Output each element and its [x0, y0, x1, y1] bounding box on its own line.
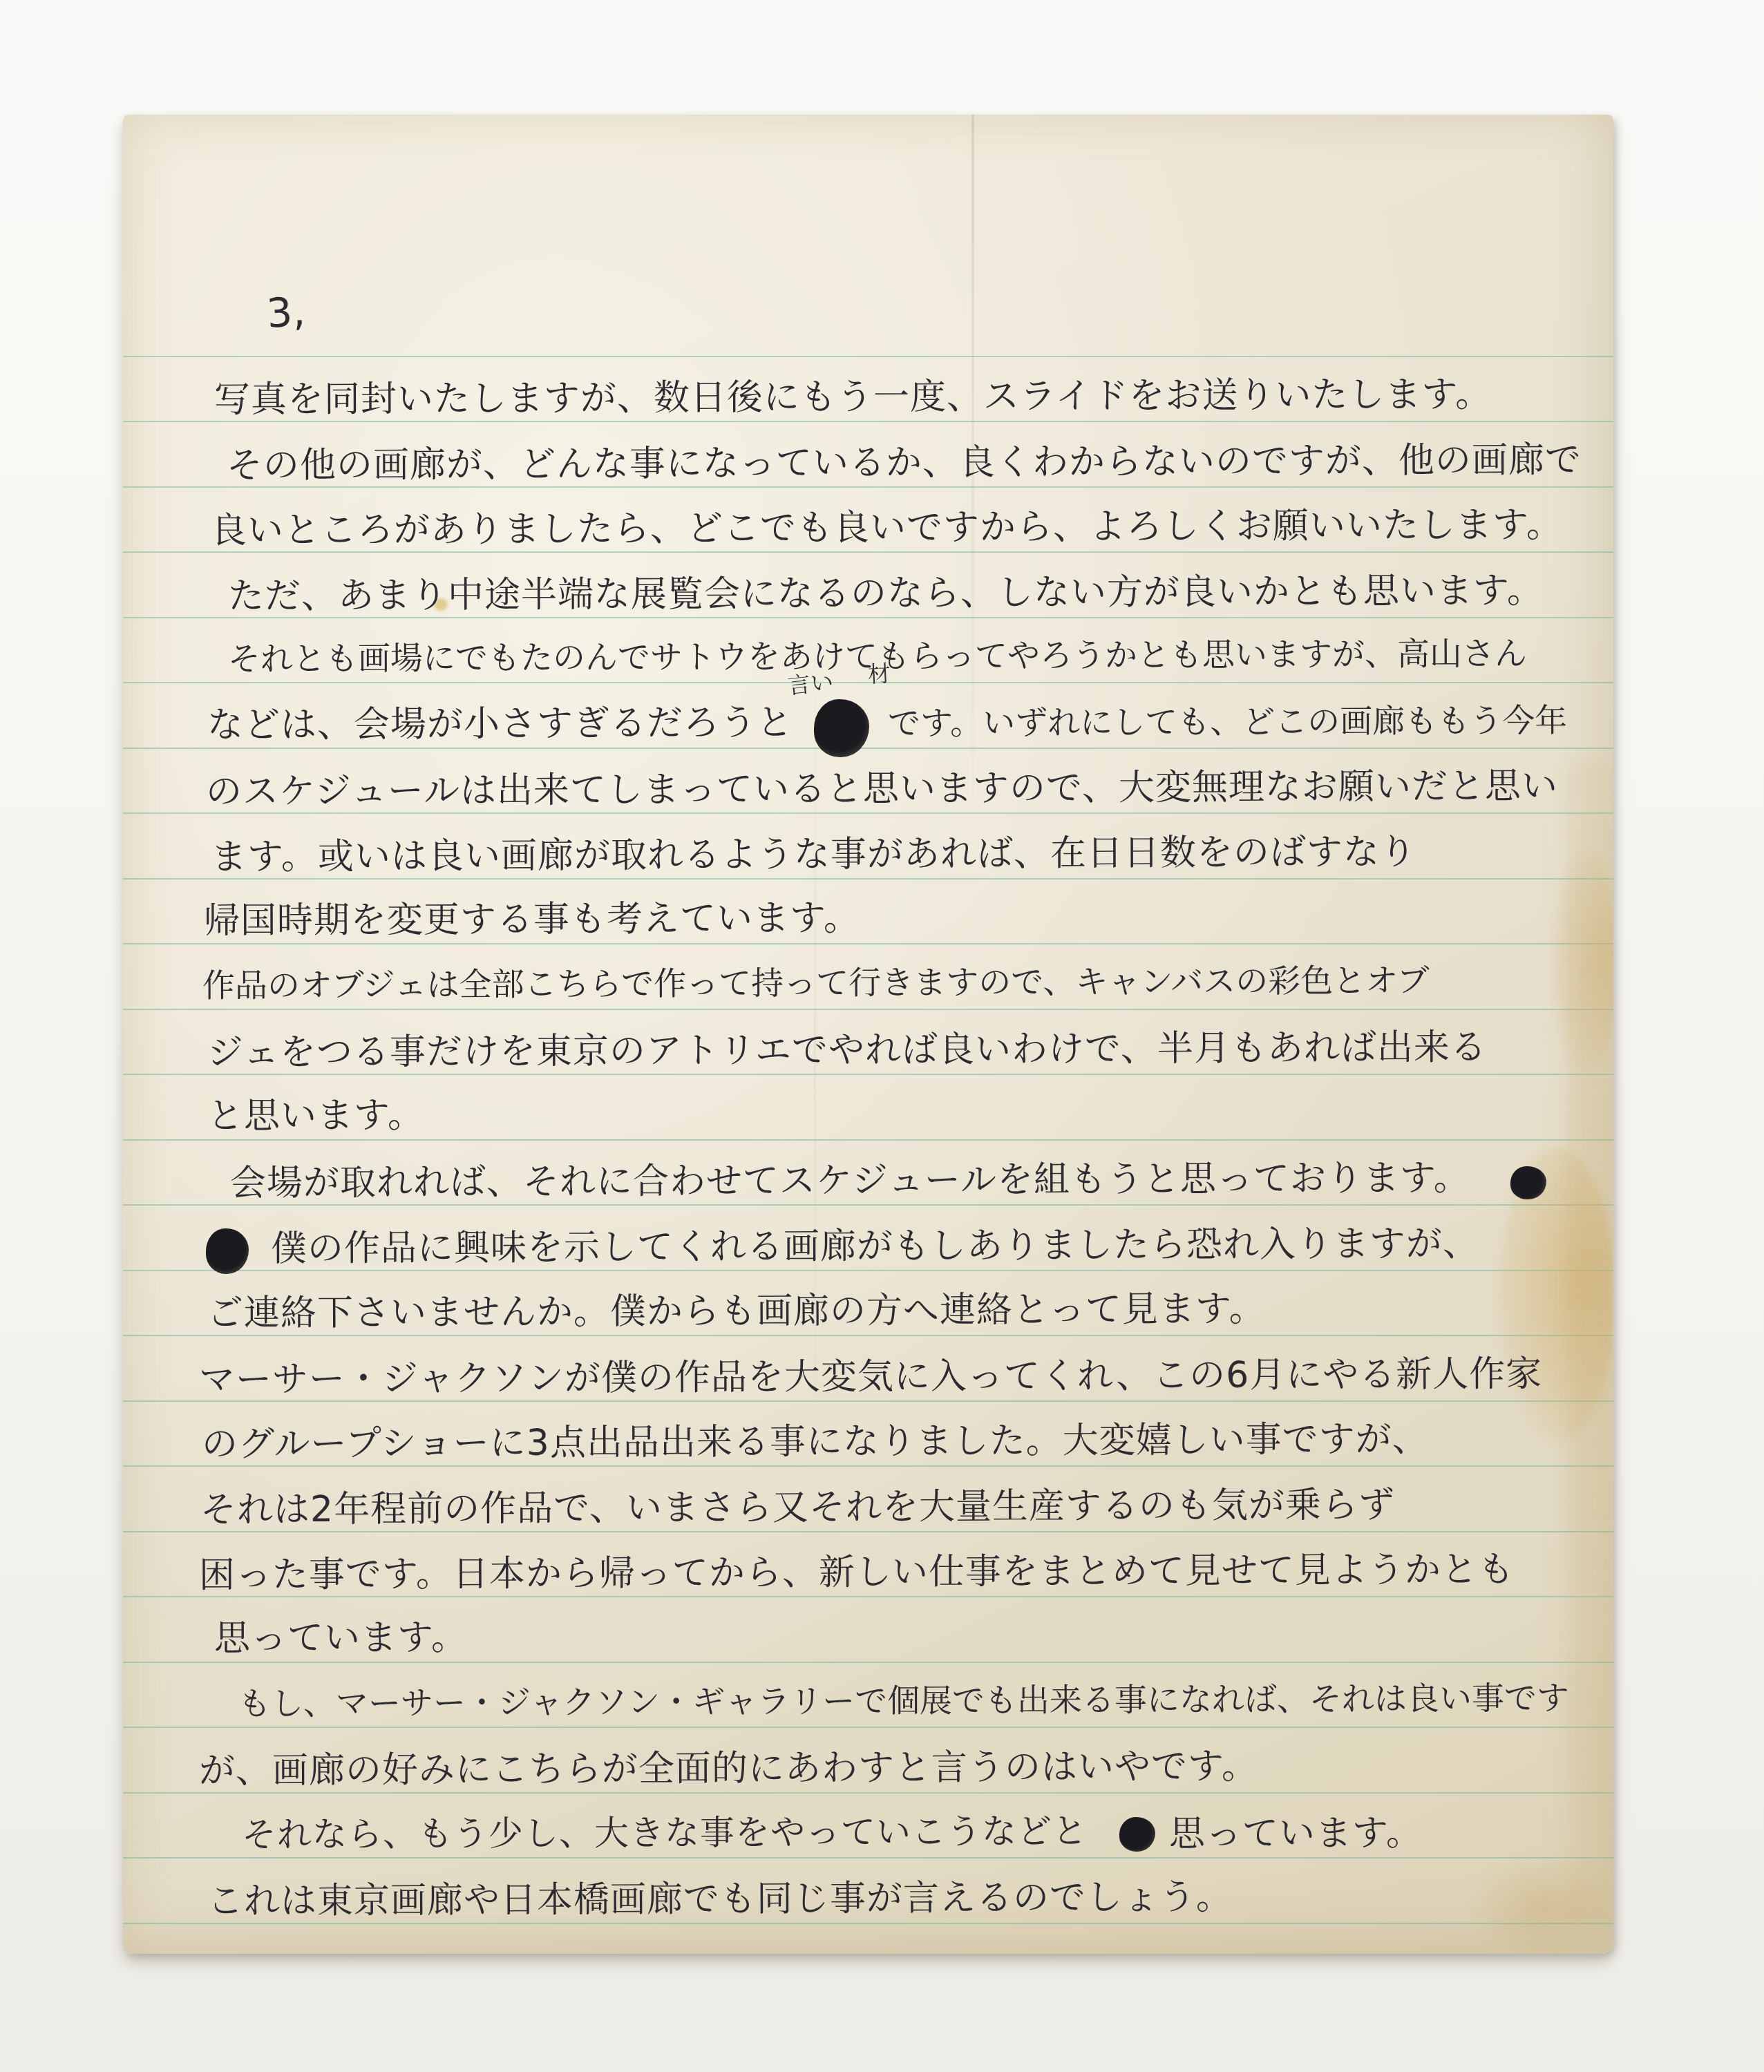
- handwritten-line-14: 僕の作品に興味を示してくれる画廊がもしありましたら恐れ入りますが、: [271, 1224, 1479, 1269]
- page-number: 3,: [265, 287, 307, 337]
- handwritten-line-22: が、画廊の好みにこちらが全面的にあわすと言うのはいやです。: [199, 1747, 1258, 1791]
- interlinear-correction-right: 材: [867, 661, 891, 687]
- handwritten-line-1: 写真を同封いたしますが、数日後にもう一度、スライドをお送りいたします。: [214, 375, 1492, 420]
- handwritten-line-7: のスケジュールは出来てしまっていると思いますので、大変無理なお願いだと思い: [206, 767, 1558, 812]
- handwritten-line-17: のグループショーに3点出品出来る事になりました。大変嬉しい事ですが、: [202, 1420, 1429, 1465]
- handwritten-line-15: ご連絡下さいませんか。僕からも画廊の方へ連絡とって見ます。: [207, 1290, 1266, 1334]
- handwritten-line-18: それは2年程前の作品で、いまさら又それを大量生産するのも気が乗らず: [200, 1485, 1395, 1530]
- interlinear-correction-left: 言い: [786, 669, 834, 699]
- handwritten-line-13: 会場が取れれば、それに合わせてスケジュールを組もうと思っております。: [230, 1159, 1470, 1204]
- handwritten-line-23b: 思っています。: [1169, 1814, 1423, 1854]
- handwritten-line-9: 帰国時期を変更する事も考えています。: [204, 899, 860, 941]
- handwritten-line-16: マーサー・ジャクソンが僕の作品を大変気に入ってくれ、この6月にやる新人作家: [199, 1355, 1542, 1400]
- handwritten-line-21: もし、マーサー・ジャクソン・ギャラリーで個展でも出来る事になれば、それは良い事で…: [238, 1681, 1569, 1722]
- handwritten-line-4: ただ、あまり中途半端な展覧会になるのなら、しない方が良いかとも思います。: [228, 571, 1544, 616]
- handwritten-line-10: 作品のオブジェは全部こちらで作って持って行きますので、キャンバスの彩色とオブ: [202, 963, 1430, 1004]
- handwritten-line-8: ます。或いは良い画廊が取れるような事があれば、在日日数をのばすなり: [211, 833, 1416, 877]
- handwritten-line-12: と思います。: [207, 1096, 424, 1137]
- stain-right-edge-column: [1567, 757, 1613, 1932]
- handwritten-line-11: ジェをつる事だけを東京のアトリエでやれば良いわけで、半月もあれば出来る: [207, 1028, 1487, 1073]
- handwritten-line-20: 思っています。: [214, 1618, 468, 1659]
- handwritten-line-3: 良いところがありましたら、どこでも良いですから、よろしくお願いいたします。: [211, 506, 1563, 551]
- handwritten-line-2: その他の画廊が、どんな事になっているか、良くわからないのですが、他の画廊で: [227, 441, 1582, 486]
- stain-bottom-right-corner: [1470, 1856, 1613, 1954]
- handwritten-line-19: 困った事です。日本から帰ってから、新しい仕事をまとめて見せて見ようかとも: [199, 1550, 1515, 1595]
- handwritten-line-6a: などは、会場が小さすぎるだろうと: [207, 703, 793, 745]
- handwritten-line-6b: です。いずれにしても、どこの画廊ももう今年: [888, 703, 1567, 742]
- handwritten-line-24: これは東京画廊や日本橋画廊でも同じ事が言えるのでしょう。: [207, 1878, 1233, 1922]
- handwritten-line-23a: それなら、もう少し、大きな事をやっていこうなどと: [242, 1812, 1088, 1854]
- letter-photo: 3, 写真を同封いたしますが、数日後にもう一度、スライドをお送りいたします。 そ…: [0, 0, 1764, 2072]
